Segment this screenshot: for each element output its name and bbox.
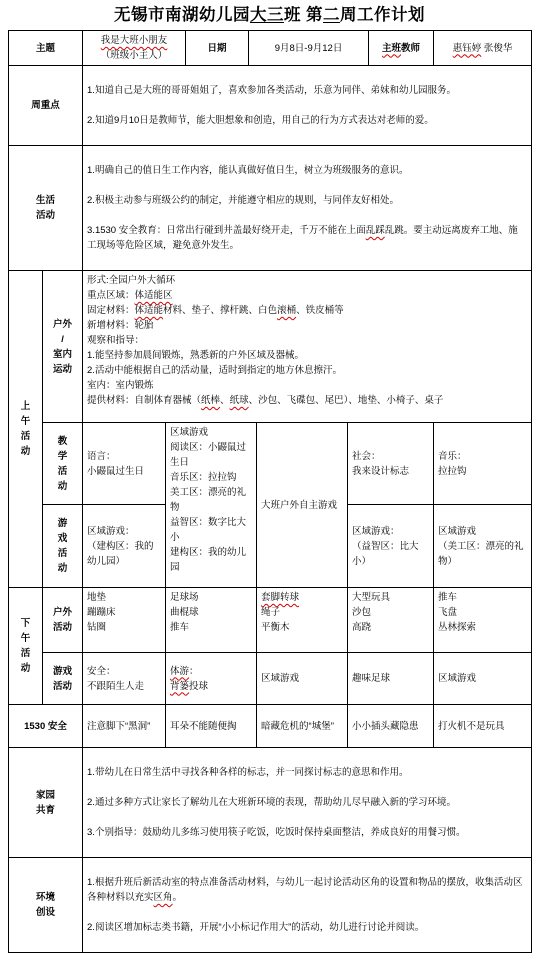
theme-label: 主题 xyxy=(9,31,83,66)
morning-game-puzzle-cell: 区域游戏： （益智区：比大小） xyxy=(348,505,434,588)
theme-value: 我是大班小朋友 （班级小主人） xyxy=(83,31,186,66)
list-item: 2.积极主动参与班级公约的制定，并能遵守相应的规则，与同伴友好相处。 xyxy=(87,193,527,208)
afternoon-outdoor-row: 下 午 活 动 户外 活动 地垫 蹦蹦床 钻圈 足球场 曲棍球 推车 套脚转球 … xyxy=(9,588,532,653)
environment-content: 1.根据升班后新活动室的特点准备活动材料，与幼儿一起讨论活动区角的设置和物品的摆… xyxy=(83,858,532,953)
morning-exercise-row: 上 午 活 动 户外 / 室内 运动 形式:全园户外大循环 重点区域：体适能区 … xyxy=(9,271,532,423)
header-row: 主题 我是大班小朋友 （班级小主人） 日期 9月8日-9月12日 主班教师 惠钰… xyxy=(9,31,532,66)
list-item: 1.根据升班后新活动室的特点准备活动材料，与幼儿一起讨论活动区角的设置和物品的摆… xyxy=(87,875,527,905)
home-coop-row: 家园 共育 1.带幼儿在日常生活中寻找各种各样的标志，并一同探讨标志的意思和作用… xyxy=(9,748,532,858)
week-focus-label: 周重点 xyxy=(9,66,83,146)
afternoon-game-cell-3: 区域游戏 xyxy=(257,653,348,705)
teaching-language-cell: 语言： 小鼹鼠过生日 xyxy=(83,423,166,505)
teaching-activity-row: 教 学 活 动 语言： 小鼹鼠过生日 区域游戏 阅读区：小鼹鼠过生日 音乐区：拉… xyxy=(9,423,532,505)
teaching-social-cell: 社会： 我来设计标志 xyxy=(348,423,434,505)
head-teacher-names: 惠钰婷 张俊华 xyxy=(434,31,532,66)
safety-1530-cell-5: 打火机不是玩具 xyxy=(434,705,532,748)
environment-row: 环境 创设 1.根据升班后新活动室的特点准备活动材料，与幼儿一起讨论活动区角的设… xyxy=(9,858,532,953)
weekly-plan-table: 主题 我是大班小朋友 （班级小主人） 日期 9月8日-9月12日 主班教师 惠钰… xyxy=(8,30,532,953)
safety-1530-cell-3: 暗藏危机的“城堡” xyxy=(257,705,348,748)
list-item: 2.知道9月10日是教师节，能大胆想象和创造，用自己的行为方式表达对老师的爱。 xyxy=(87,113,527,128)
morning-exercise-content: 形式:全园户外大循环 重点区域：体适能区 固定材料：体适能材料、垫子、撑杆跳、白… xyxy=(83,271,532,423)
afternoon-outdoor-label: 户外 活动 xyxy=(43,588,83,653)
life-activity-content: 1.明确自己的值日生工作内容，能认真做好值日生，树立为班级服务的意识。 2.积极… xyxy=(83,146,532,271)
outdoor-free-play-cell: 大班户外自主游戏 xyxy=(257,423,348,588)
morning-exercise-label: 户外 / 室内 运动 xyxy=(43,271,83,423)
list-item: 1.知道自己是大班的哥哥姐姐了，喜欢参加各类活动，乐意为同伴、弟妹和幼儿园服务。 xyxy=(87,83,527,98)
safety-1530-cell-1: 注意脚下“黑洞” xyxy=(83,705,166,748)
life-activity-label: 生活 活动 xyxy=(9,146,83,271)
document-page: 无锡市南湖幼儿园大三班 第二周工作计划 主题 我是大班小朋友 （班级小主人） 日… xyxy=(0,0,538,953)
morning-game-construction-cell: 区域游戏： （建构区：我的幼儿园） xyxy=(83,505,166,588)
week-focus-content: 1.知道自己是大班的哥哥姐姐了，喜欢参加各类活动，乐意为同伴、弟妹和幼儿园服务。… xyxy=(83,66,532,146)
home-coop-content: 1.带幼儿在日常生活中寻找各种各样的标志，并一同探讨标志的意思和作用。 2.通过… xyxy=(83,748,532,858)
safety-1530-cell-4: 小小插头藏隐患 xyxy=(348,705,434,748)
afternoon-game-label: 游戏 活动 xyxy=(43,653,83,705)
date-value: 9月8日-9月12日 xyxy=(249,31,369,66)
teaching-activity-label: 教 学 活 动 xyxy=(43,423,83,505)
list-item: 1.明确自己的值日生工作内容，能认真做好值日生，树立为班级服务的意识。 xyxy=(87,163,527,178)
afternoon-game-cell-2: 体游： 背篓投球 xyxy=(166,653,257,705)
environment-label: 环境 创设 xyxy=(9,858,83,953)
teaching-music-cell: 音乐： 拉拉钩 xyxy=(434,423,532,505)
home-coop-label: 家园 共育 xyxy=(9,748,83,858)
afternoon-game-row: 游戏 活动 安全： 不跟陌生人走 体游： 背篓投球 区域游戏 趣味足球 区域游戏 xyxy=(9,653,532,705)
afternoon-game-cell-4: 趣味足球 xyxy=(348,653,434,705)
morning-game-art-cell: 区域游戏 （美工区：漂亮的礼物） xyxy=(434,505,532,588)
safety-1530-cell-2: 耳朵不能随便掏 xyxy=(166,705,257,748)
date-label: 日期 xyxy=(186,31,249,66)
life-activity-row: 生活 活动 1.明确自己的值日生工作内容，能认真做好值日生，树立为班级服务的意识… xyxy=(9,146,532,271)
afternoon-game-cell-1: 安全： 不跟陌生人走 xyxy=(83,653,166,705)
zone-games-cell: 区域游戏 阅读区：小鼹鼠过生日 音乐区：拉拉钩 美工区：漂亮的礼物 益智区：数字… xyxy=(166,423,257,588)
list-item: 3.个别指导：鼓励幼儿多练习使用筷子吃饭，吃饭时保持桌面整洁，养成良好的用餐习惯… xyxy=(87,825,527,840)
afternoon-outdoor-cell-5: 推车 飞盘 丛林探索 xyxy=(434,588,532,653)
head-teacher-label: 主班教师 xyxy=(369,31,434,66)
safety-1530-label: 1530 安全 xyxy=(9,705,83,748)
afternoon-game-cell-5: 区域游戏 xyxy=(434,653,532,705)
afternoon-outdoor-cell-1: 地垫 蹦蹦床 钻圈 xyxy=(83,588,166,653)
list-item: 2.通过多种方式让家长了解幼儿在大班新环境的表现，帮助幼儿尽早融入新的学习环境。 xyxy=(87,795,527,810)
list-item: 2.阅读区增加标志类书籍，开展“小小标记作用大”的活动，幼儿进行讨论并阅读。 xyxy=(87,920,527,935)
page-title: 无锡市南湖幼儿园大三班 第二周工作计划 xyxy=(8,3,531,27)
list-item: 1.带幼儿在日常生活中寻找各种各样的标志，并一同探讨标志的意思和作用。 xyxy=(87,765,527,780)
morning-activity-label: 上 午 活 动 xyxy=(9,271,43,588)
safety-1530-row: 1530 安全 注意脚下“黑洞” 耳朵不能随便掏 暗藏危机的“城堡” 小小插头藏… xyxy=(9,705,532,748)
morning-game-label: 游 戏 活 动 xyxy=(43,505,83,588)
afternoon-activity-label: 下 午 活 动 xyxy=(9,588,43,705)
list-item: 3.1530 安全教育：日常出行碰到井盖最好绕开走，千万不能在上面乱踩乱跳。要主… xyxy=(87,223,527,253)
afternoon-outdoor-cell-2: 足球场 曲棍球 推车 xyxy=(166,588,257,653)
afternoon-outdoor-cell-3: 套脚转球 绳子 平衡木 xyxy=(257,588,348,653)
afternoon-outdoor-cell-4: 大型玩具 沙包 高跷 xyxy=(348,588,434,653)
week-focus-row: 周重点 1.知道自己是大班的哥哥姐姐了，喜欢参加各类活动，乐意为同伴、弟妹和幼儿… xyxy=(9,66,532,146)
